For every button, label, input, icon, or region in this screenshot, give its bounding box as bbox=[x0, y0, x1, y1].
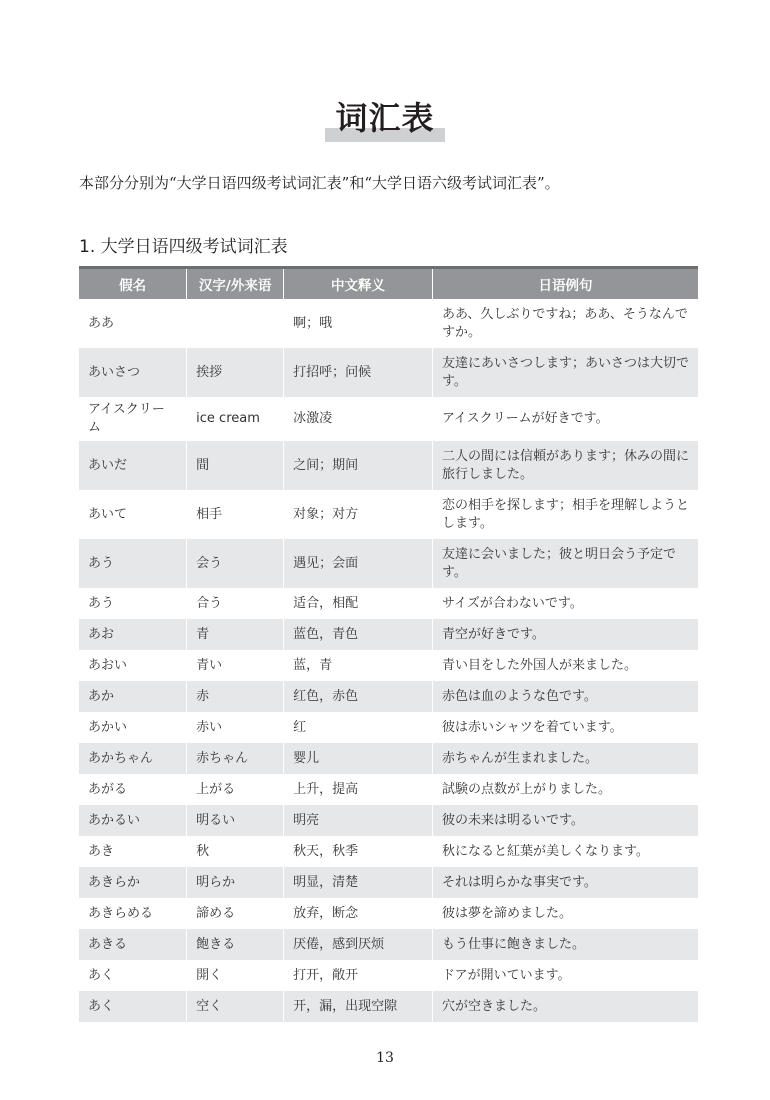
cell-example: 青空が好きです。 bbox=[432, 619, 698, 650]
cell-kana: あかい bbox=[79, 712, 187, 743]
table-row: あかちゃん赤ちゃん婴儿赤ちゃんが生まれました。 bbox=[79, 743, 698, 774]
cell-kana: あきらか bbox=[79, 867, 187, 898]
table-row: あきる飽きる厌倦，感到厌烦もう仕事に飽きました。 bbox=[79, 929, 698, 960]
page-number: 13 bbox=[0, 1050, 770, 1066]
vocabulary-table-body: ああ啊；哦ああ、久しぶりですね；ああ、そうなんですか。あいさつ挨拶打招呼；问候友… bbox=[79, 299, 698, 1022]
cell-example: 彼の未来は明るいです。 bbox=[432, 805, 698, 836]
cell-example: 青い目をした外国人が来ました。 bbox=[432, 650, 698, 681]
table-row: あきらか明らか明显，清楚それは明らかな事実です。 bbox=[79, 867, 698, 898]
cell-example: ドアが開いています。 bbox=[432, 960, 698, 991]
cell-meaning: 蓝，青 bbox=[284, 650, 433, 681]
cell-example: 友達にあいさつします；あいさつは大切です。 bbox=[432, 348, 698, 397]
cell-kana: あかるい bbox=[79, 805, 187, 836]
cell-example: 試験の点数が上がりました。 bbox=[432, 774, 698, 805]
cell-kanji: 合う bbox=[187, 588, 284, 619]
cell-kanji: 明るい bbox=[187, 805, 284, 836]
cell-example: アイスクリームが好きです。 bbox=[432, 397, 698, 441]
cell-meaning: 打招呼；问候 bbox=[284, 348, 433, 397]
cell-example: 彼は夢を諦めました。 bbox=[432, 898, 698, 929]
cell-kanji: 青 bbox=[187, 619, 284, 650]
cell-example: 穴が空きました。 bbox=[432, 991, 698, 1022]
cell-meaning: 红色，赤色 bbox=[284, 681, 433, 712]
cell-kanji: 間 bbox=[187, 441, 284, 490]
cell-meaning: 之间；期间 bbox=[284, 441, 433, 490]
cell-kana: あき bbox=[79, 836, 187, 867]
cell-meaning: 明亮 bbox=[284, 805, 433, 836]
cell-kanji: 赤い bbox=[187, 712, 284, 743]
cell-example: 恋の相手を探します；相手を理解しようとします。 bbox=[432, 490, 698, 539]
cell-kanji: 空く bbox=[187, 991, 284, 1022]
cell-kana: あいだ bbox=[79, 441, 187, 490]
cell-kana: あおい bbox=[79, 650, 187, 681]
cell-meaning: 婴儿 bbox=[284, 743, 433, 774]
header-meaning: 中文释义 bbox=[284, 268, 433, 300]
cell-kanji: 明らか bbox=[187, 867, 284, 898]
cell-example: 二人の間には信頼があります；休みの間に旅行しました。 bbox=[432, 441, 698, 490]
cell-kana: あかちゃん bbox=[79, 743, 187, 774]
table-row: あがる上がる上升，提高試験の点数が上がりました。 bbox=[79, 774, 698, 805]
cell-example: サイズが合わないです。 bbox=[432, 588, 698, 619]
cell-example: 赤ちゃんが生まれました。 bbox=[432, 743, 698, 774]
cell-kana: あお bbox=[79, 619, 187, 650]
cell-kanji: 会う bbox=[187, 539, 284, 588]
cell-kanji: 相手 bbox=[187, 490, 284, 539]
table-row: あき秋秋天，秋季秋になると紅葉が美しくなります。 bbox=[79, 836, 698, 867]
cell-example: 秋になると紅葉が美しくなります。 bbox=[432, 836, 698, 867]
table-header-row: 假名 汉字/外来语 中文释义 日语例句 bbox=[79, 268, 698, 300]
cell-meaning: 开，漏，出现空隙 bbox=[284, 991, 433, 1022]
cell-kanji: 赤ちゃん bbox=[187, 743, 284, 774]
table-row: あいだ間之间；期间二人の間には信頼があります；休みの間に旅行しました。 bbox=[79, 441, 698, 490]
table-row: あお青蓝色，青色青空が好きです。 bbox=[79, 619, 698, 650]
cell-meaning: 蓝色，青色 bbox=[284, 619, 433, 650]
page-title: 词汇表 bbox=[325, 96, 444, 140]
cell-meaning: 秋天，秋季 bbox=[284, 836, 433, 867]
cell-example: 彼は赤いシャツを着ています。 bbox=[432, 712, 698, 743]
cell-kanji: 赤 bbox=[187, 681, 284, 712]
header-kanji: 汉字/外来语 bbox=[187, 268, 284, 300]
cell-kana: あいて bbox=[79, 490, 187, 539]
header-kana: 假名 bbox=[79, 268, 187, 300]
cell-kana: あう bbox=[79, 539, 187, 588]
cell-example: 赤色は血のような色です。 bbox=[432, 681, 698, 712]
cell-meaning: 打开，敞开 bbox=[284, 960, 433, 991]
cell-kanji: ice cream bbox=[187, 397, 284, 441]
table-row: あか赤红色，赤色赤色は血のような色です。 bbox=[79, 681, 698, 712]
cell-kanji bbox=[187, 299, 284, 348]
cell-meaning: 放弃，断念 bbox=[284, 898, 433, 929]
table-row: あおい青い蓝，青青い目をした外国人が来ました。 bbox=[79, 650, 698, 681]
cell-kana: あがる bbox=[79, 774, 187, 805]
cell-kanji: 飽きる bbox=[187, 929, 284, 960]
header-example: 日语例句 bbox=[432, 268, 698, 300]
table-row: あいさつ挨拶打招呼；问候友達にあいさつします；あいさつは大切です。 bbox=[79, 348, 698, 397]
cell-kanji: 挨拶 bbox=[187, 348, 284, 397]
cell-kana: あく bbox=[79, 960, 187, 991]
cell-meaning: 适合，相配 bbox=[284, 588, 433, 619]
cell-kana: ああ bbox=[79, 299, 187, 348]
cell-kana: アイスクリーム bbox=[79, 397, 187, 441]
cell-meaning: 红 bbox=[284, 712, 433, 743]
cell-kanji: 上がる bbox=[187, 774, 284, 805]
page-title-container: 词汇表 bbox=[0, 96, 770, 140]
cell-kana: あう bbox=[79, 588, 187, 619]
cell-kanji: 青い bbox=[187, 650, 284, 681]
vocabulary-table: 假名 汉字/外来语 中文释义 日语例句 ああ啊；哦ああ、久しぶりですね；ああ、そ… bbox=[79, 266, 698, 1022]
cell-kanji: 開く bbox=[187, 960, 284, 991]
table-row: あく開く打开，敞开ドアが開いています。 bbox=[79, 960, 698, 991]
table-row: あく空く开，漏，出现空隙穴が空きました。 bbox=[79, 991, 698, 1022]
cell-meaning: 对象；对方 bbox=[284, 490, 433, 539]
table-row: あう会う遇见；会面友達に会いました；彼と明日会う予定です。 bbox=[79, 539, 698, 588]
cell-meaning: 冰激凌 bbox=[284, 397, 433, 441]
cell-example: 友達に会いました；彼と明日会う予定です。 bbox=[432, 539, 698, 588]
cell-example: それは明らかな事実です。 bbox=[432, 867, 698, 898]
table-row: アイスクリームice cream冰激凌アイスクリームが好きです。 bbox=[79, 397, 698, 441]
page-title-text: 词汇表 bbox=[335, 99, 434, 137]
section-heading: 1. 大学日语四级考试词汇表 bbox=[79, 232, 288, 257]
table-row: ああ啊；哦ああ、久しぶりですね；ああ、そうなんですか。 bbox=[79, 299, 698, 348]
cell-meaning: 上升，提高 bbox=[284, 774, 433, 805]
cell-example: ああ、久しぶりですね；ああ、そうなんですか。 bbox=[432, 299, 698, 348]
cell-meaning: 厌倦，感到厌烦 bbox=[284, 929, 433, 960]
cell-kanji: 諦める bbox=[187, 898, 284, 929]
cell-kana: あか bbox=[79, 681, 187, 712]
cell-kanji: 秋 bbox=[187, 836, 284, 867]
table-row: あう合う适合，相配サイズが合わないです。 bbox=[79, 588, 698, 619]
cell-meaning: 啊；哦 bbox=[284, 299, 433, 348]
cell-example: もう仕事に飽きました。 bbox=[432, 929, 698, 960]
cell-kana: あきる bbox=[79, 929, 187, 960]
cell-kana: あきらめる bbox=[79, 898, 187, 929]
table-row: あきらめる諦める放弃，断念彼は夢を諦めました。 bbox=[79, 898, 698, 929]
table-row: あいて相手对象；对方恋の相手を探します；相手を理解しようとします。 bbox=[79, 490, 698, 539]
cell-meaning: 明显，清楚 bbox=[284, 867, 433, 898]
cell-kana: あいさつ bbox=[79, 348, 187, 397]
cell-meaning: 遇见；会面 bbox=[284, 539, 433, 588]
table-row: あかるい明るい明亮彼の未来は明るいです。 bbox=[79, 805, 698, 836]
cell-kana: あく bbox=[79, 991, 187, 1022]
table-row: あかい赤い红彼は赤いシャツを着ています。 bbox=[79, 712, 698, 743]
intro-paragraph: 本部分分别为“大学日语四级考试词汇表”和“大学日语六级考试词汇表”。 bbox=[79, 172, 560, 193]
